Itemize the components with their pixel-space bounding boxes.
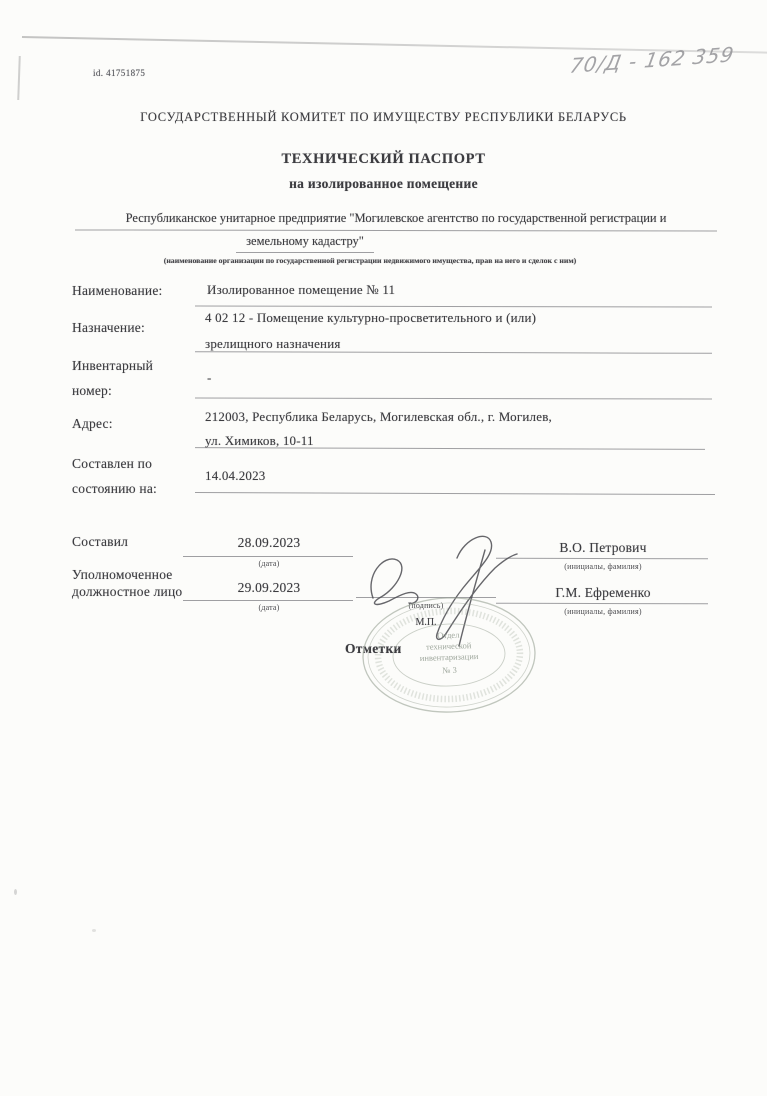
field-inventory-label-line2: номер:: [72, 383, 112, 399]
signature-compiled-by-date: 28.09.2023: [185, 535, 353, 551]
field-name-label: Наименование:: [72, 283, 162, 299]
document-id: id. 41751875: [93, 68, 145, 78]
signature-official-date: 29.09.2023: [185, 580, 353, 596]
field-compiled-label-line2: состоянию на:: [72, 481, 157, 497]
field-purpose-value-line2: зрелищного назначения: [205, 336, 341, 352]
signature-compiled-by-label: Составил: [72, 534, 128, 550]
organization-underline-2: [236, 252, 374, 253]
field-purpose-value-line1: 4 02 12 - Помещение культурно-просветите…: [205, 310, 536, 326]
field-name-value: Изолированное помещение № 11: [207, 282, 395, 298]
field-compiled-value: 14.04.2023: [205, 468, 266, 484]
organization-caption: (наименование организации по государстве…: [75, 256, 665, 265]
field-purpose-label: Назначение:: [72, 320, 145, 336]
stamp-text-line3: инвентаризации: [420, 651, 479, 663]
organization-underline-1: [75, 229, 717, 231]
scanned-document-page: id. 41751875 70/Д - 162 359 ГОСУДАРСТВЕН…: [0, 0, 767, 1096]
field-inventory-rule: [195, 398, 712, 400]
scan-speck: [92, 929, 96, 932]
signature-compiled-by-date-rule: [183, 556, 353, 557]
field-inventory-value: -: [207, 370, 212, 386]
scan-edge-mark: [17, 56, 21, 100]
signature-official-date-caption: (дата): [185, 603, 353, 612]
field-purpose-rule: [195, 351, 712, 354]
field-name-rule: [195, 305, 712, 307]
field-compiled-rule: [195, 492, 715, 495]
field-address-value-line1: 212003, Республика Беларусь, Могилевская…: [205, 409, 552, 425]
organization-name-line2: земельному кадастру": [75, 234, 535, 249]
organization-name-line1: Республиканское унитарное предприятие "М…: [75, 211, 717, 226]
document-title: ТЕХНИЧЕСКИЙ ПАСПОРТ: [0, 151, 767, 168]
stamp-text-line4: № 3: [442, 665, 457, 675]
stamp-text-line2: технической: [426, 640, 472, 652]
field-compiled-label-line1: Составлен по: [72, 456, 152, 472]
field-address-label: Адрес:: [72, 416, 113, 432]
document-subtitle: на изолированное помещение: [0, 176, 767, 192]
stamp-text-line1: Отдел: [437, 630, 460, 641]
committee-header: ГОСУДАРСТВЕННЫЙ КОМИТЕТ ПО ИМУЩЕСТВУ РЕС…: [0, 110, 767, 125]
signature-compiled-by-date-caption: (дата): [185, 559, 353, 568]
signature-official-label-line2: должностное лицо: [72, 584, 182, 600]
signature-official-label-line1: Уполномоченное: [72, 567, 173, 583]
signature-official-date-rule: [183, 600, 353, 601]
official-stamp: Отдел технической инвентаризации № 3: [358, 591, 540, 719]
field-inventory-label-line1: Инвентарный: [72, 358, 153, 374]
scan-speck: [14, 889, 17, 895]
